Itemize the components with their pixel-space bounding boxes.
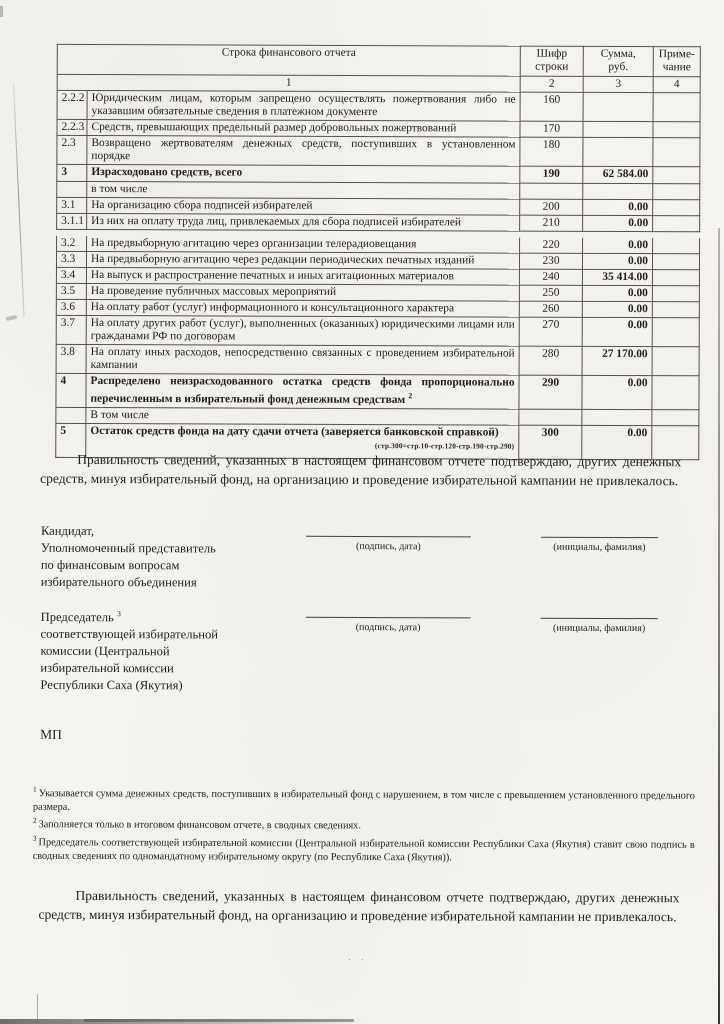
row-sum-cell: 0.00 bbox=[583, 199, 653, 215]
row-code-cell: 290 bbox=[519, 375, 582, 409]
row-text-cell: На организацию сбора подписей избирателе… bbox=[87, 197, 520, 215]
row-note-cell bbox=[653, 216, 700, 232]
row-code-cell: 220 bbox=[520, 238, 583, 254]
row-text: Остаток средств фонда на дату сдачи отче… bbox=[90, 425, 514, 440]
row-note-cell bbox=[653, 138, 700, 167]
row-sum-cell bbox=[583, 137, 653, 166]
row-text-cell: Юридическим лицам, которым запрещено осу… bbox=[87, 90, 520, 121]
header-code-column: Шифр строки bbox=[520, 46, 583, 76]
scanned-page: Строка финансового отчета Шифр строки Су… bbox=[0, 0, 724, 1024]
row-note-cell bbox=[653, 184, 700, 200]
colnum-3: 3 bbox=[583, 76, 653, 92]
row-code-cell: 260 bbox=[519, 301, 582, 317]
row-subheader-cell: в том числе bbox=[87, 181, 520, 199]
declaration-paragraph: Правильность сведений, указанных в насто… bbox=[40, 451, 681, 491]
name-line bbox=[541, 606, 658, 619]
row-sum-cell: 0.00 bbox=[582, 375, 652, 409]
row-note-cell bbox=[652, 254, 699, 270]
header-sum-column: Сумма, руб. bbox=[583, 46, 653, 76]
signature-role-chairman: Председатель3 соответствующей избиратель… bbox=[40, 605, 218, 695]
row-text-cell: На оплату работ (услуг) информационного … bbox=[86, 299, 519, 317]
table-row-3-8: 3.8 На оплату иных расходов, непосредств… bbox=[56, 344, 699, 375]
table-header-row: Строка финансового отчета Шифр строки Су… bbox=[57, 44, 700, 76]
row-num-cell: 3.3 bbox=[56, 251, 86, 267]
row-num-cell: 3.2 bbox=[57, 236, 87, 252]
row-num-cell bbox=[56, 407, 86, 423]
header-line-column: Строка финансового отчета bbox=[57, 44, 520, 76]
row-code-cell: 250 bbox=[519, 285, 582, 301]
row-note-cell bbox=[653, 200, 700, 216]
row-text: Распределено неизрасходованного остатка … bbox=[90, 375, 514, 406]
row-text-cell: Распределено неизрасходованного остатка … bbox=[86, 373, 519, 408]
row-text-cell: Средств, превышающих предельный размер д… bbox=[87, 119, 520, 137]
row-code-cell bbox=[519, 409, 582, 425]
role-title-rest: соответствующей избирательной комиссии (… bbox=[40, 626, 218, 695]
row-code-cell: 230 bbox=[519, 253, 582, 269]
colnum-1: 1 bbox=[57, 74, 520, 92]
signature-caption-name: (инициалы, фамилия) bbox=[534, 542, 665, 554]
table-row-3-1-1: 3.1.1 Из них на оплату труда лиц, привле… bbox=[57, 213, 700, 231]
stamp-place-label: МП bbox=[40, 727, 62, 743]
row-num-cell bbox=[57, 181, 87, 197]
colnum-2: 2 bbox=[520, 76, 583, 92]
row-sum-cell bbox=[583, 183, 653, 199]
row-sum-cell: 62 584.00 bbox=[583, 166, 653, 183]
table-row-3-7: 3.7 На оплату других работ (услуг), выпо… bbox=[56, 315, 699, 346]
row-note-cell bbox=[653, 167, 700, 184]
row-text-cell: На предвыборную агитацию через организац… bbox=[87, 236, 520, 253]
footnote-ref-2: 2 bbox=[408, 391, 412, 400]
row-sum-cell: 0.00 bbox=[583, 238, 653, 254]
row-sum-cell bbox=[582, 409, 652, 425]
row-num-cell: 2.2.2 bbox=[57, 90, 87, 119]
footnote-marker: 2 bbox=[33, 816, 37, 825]
signature-caption-name: (инициалы, фамилия) bbox=[534, 623, 665, 635]
row-note-cell bbox=[652, 286, 699, 302]
table-row-2-3: 2.3 Возвращено жертвователям денежных ср… bbox=[57, 135, 700, 166]
row-note-cell bbox=[653, 238, 700, 254]
row-num-cell: 4 bbox=[56, 373, 86, 407]
row-sum-cell: 0.00 bbox=[583, 215, 653, 231]
row-num-cell: 3.1 bbox=[57, 197, 87, 213]
page-number-mark: · · bbox=[348, 955, 367, 964]
colnum-4: 4 bbox=[653, 77, 700, 93]
scan-fleck-artifact bbox=[37, 994, 38, 1020]
footnote-3: 3Председатель соответствующей избиратель… bbox=[33, 832, 695, 866]
row-sum-cell: 35 414.00 bbox=[582, 269, 652, 285]
row-num-cell: 3.1.1 bbox=[57, 213, 87, 229]
footnote-1: 1Указывается сумма денежных средств, пос… bbox=[33, 783, 695, 817]
row-code-cell: 170 bbox=[520, 121, 583, 137]
row-text-cell: На оплату иных расходов, непосредственно… bbox=[86, 344, 519, 375]
name-line bbox=[541, 525, 658, 538]
document-content: Строка финансового отчета Шифр строки Су… bbox=[0, 0, 724, 1024]
header-note-column: Приме- чание bbox=[653, 47, 700, 77]
row-note-cell bbox=[652, 270, 699, 286]
signature-line bbox=[306, 524, 471, 538]
row-text-cell: На оплату других работ (услуг), выполнен… bbox=[86, 315, 519, 346]
footnote-marker: 1 bbox=[33, 785, 37, 794]
row-sum-cell: 27 170.00 bbox=[582, 346, 652, 375]
signature-line bbox=[306, 605, 471, 619]
closing-declaration-paragraph: Правильность сведений, указанных в насто… bbox=[38, 887, 679, 927]
row-sum-cell: 0.00 bbox=[582, 301, 652, 317]
row-note-cell bbox=[652, 409, 699, 425]
table-row-4-distributed: 4 Распределено неизрасходованного остатк… bbox=[56, 373, 699, 409]
row-num-cell: 3 bbox=[57, 164, 87, 181]
row-note-cell bbox=[652, 347, 699, 376]
scan-right-edge-artifact bbox=[718, 228, 720, 1024]
row-sum-cell: 0.00 bbox=[582, 317, 652, 346]
row-note-cell bbox=[653, 122, 700, 138]
financial-report-table-bottom: 3.2 На предвыборную агитацию через орган… bbox=[55, 236, 700, 460]
row-num-cell: 3.5 bbox=[56, 283, 86, 299]
row-sum-cell bbox=[583, 92, 653, 121]
footnote-text: Председатель соответствующей избирательн… bbox=[33, 837, 695, 863]
row-note-cell bbox=[652, 318, 699, 347]
row-text-cell: Возвращено жертвователям денежных средст… bbox=[87, 135, 520, 166]
row-code-cell: 180 bbox=[520, 137, 583, 166]
row-note-cell bbox=[653, 93, 700, 122]
row-code-cell: 240 bbox=[519, 269, 582, 285]
row-num-cell: 3.8 bbox=[56, 344, 86, 373]
row-note-cell bbox=[652, 302, 699, 318]
row-code-cell: 270 bbox=[519, 317, 582, 346]
financial-report-table-top: Строка финансового отчета Шифр строки Су… bbox=[56, 44, 701, 232]
row-code-cell bbox=[520, 183, 583, 199]
scan-fleck-artifact bbox=[0, 6, 3, 17]
row-num-cell: 2.3 bbox=[57, 135, 87, 164]
signature-caption-sign: (подпись, дата) bbox=[306, 622, 471, 634]
row-note-cell bbox=[652, 376, 699, 410]
row-text-cell: На проведение публичных массовых меропри… bbox=[86, 283, 519, 301]
row-text-cell: На предвыборную агитацию через редакции … bbox=[86, 251, 519, 269]
signature-role-candidate: Кандидат, Уполномоченный представитель п… bbox=[41, 523, 216, 592]
row-sum-cell: 0.00 bbox=[582, 253, 652, 269]
row-num-cell: 3.6 bbox=[56, 299, 86, 315]
row-text-cell: На выпуск и распространение печатных и и… bbox=[86, 267, 519, 285]
footnote-text: Заполняется только в итоговом финансовом… bbox=[39, 819, 361, 831]
row-code-cell: 280 bbox=[519, 346, 582, 375]
table-row-2-2-2: 2.2.2 Юридическим лицам, которым запреще… bbox=[57, 90, 700, 121]
row-text-cell: Из них на оплату труда лиц, привлекаемых… bbox=[87, 213, 520, 231]
row-code-cell: 200 bbox=[520, 199, 583, 215]
row-num-cell: 2.2.3 bbox=[57, 119, 87, 135]
row-code-cell: 210 bbox=[520, 215, 583, 231]
footnote-ref-3: 3 bbox=[117, 609, 121, 618]
row-formula: (стр.300=стр.10-стр.120-стр.190-стр.290) bbox=[90, 440, 514, 451]
footnote-marker: 3 bbox=[33, 834, 37, 843]
row-text-cell: Израсходовано средств, всего bbox=[87, 164, 520, 183]
row-code-cell: 190 bbox=[520, 166, 583, 183]
footnotes: 1Указывается сумма денежных средств, пос… bbox=[33, 783, 695, 866]
row-num-cell: 3.4 bbox=[56, 267, 86, 283]
role-title: Председатель bbox=[41, 610, 114, 624]
row-num-cell: 3.7 bbox=[56, 315, 86, 344]
footnote-text: Указывается сумма денежных средств, пост… bbox=[33, 788, 695, 813]
signature-caption-sign: (подпись, дата) bbox=[306, 541, 471, 553]
row-subheader-cell: В том числе bbox=[86, 407, 519, 425]
row-sum-cell bbox=[583, 121, 653, 137]
scan-bottom-smudge-artifact bbox=[84, 1019, 354, 1022]
row-sum-cell: 0.00 bbox=[582, 285, 652, 301]
row-code-cell: 160 bbox=[520, 92, 583, 121]
